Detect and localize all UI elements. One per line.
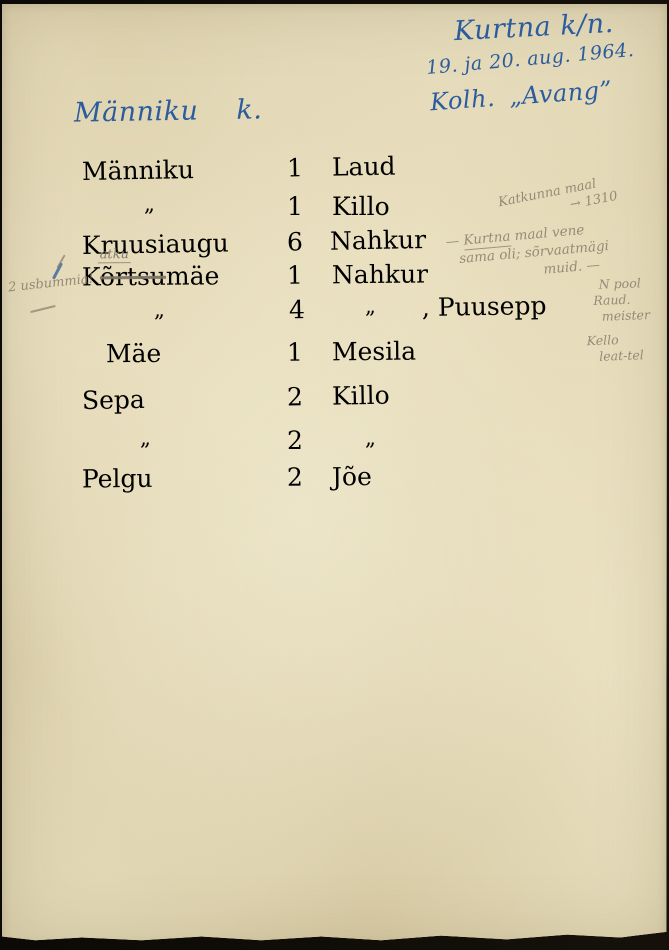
item-name: Killo xyxy=(332,381,390,411)
farm-name: Pelgu xyxy=(82,464,153,494)
ditto-mark: „ xyxy=(144,192,155,216)
pencil-note-side: N pool Raud. meister Kello leat-tel xyxy=(592,275,651,365)
item-count: 1 xyxy=(287,261,303,290)
farm-name: Männiku xyxy=(82,155,194,186)
farm-name-suffix: mäe xyxy=(166,261,220,290)
item-name: Jõe xyxy=(332,462,372,491)
item-count: 1 xyxy=(287,153,303,182)
pencil-dash xyxy=(30,305,56,313)
item-name-extra: , Puusepp xyxy=(422,291,547,322)
table-row: Mäe 1 Mesila xyxy=(82,334,657,377)
item-count: 2 xyxy=(287,463,303,492)
pencil-correction: atku xyxy=(98,247,131,263)
farm-name: Sepa xyxy=(82,385,145,415)
farm-name-corrected: Kõrtsumäe atku xyxy=(82,261,220,291)
item-count: 2 xyxy=(287,382,303,411)
paper-sheet: Kurtna k/n. 19. ja 20. aug. 1964. Kolh. … xyxy=(2,4,667,945)
item-count: 1 xyxy=(287,192,303,221)
farm-name: Mäe xyxy=(106,339,162,368)
ditto-mark: „ xyxy=(365,294,376,318)
item-count: 6 xyxy=(287,227,303,256)
header-kolhoos: Kolh. „Avang” xyxy=(429,76,613,117)
item-name: Mesila xyxy=(332,337,416,367)
table-row: Sepa 2 Killo xyxy=(82,376,658,424)
item-count: 4 xyxy=(289,295,305,324)
page-title: Männikuk. xyxy=(74,94,263,128)
table-row: Pelgu 2 Jõe xyxy=(82,459,657,502)
ditto-mark: „ xyxy=(365,426,376,450)
pencil-note-side-line: leat-tel xyxy=(599,347,652,365)
pencil-note-side-line: meister xyxy=(602,307,651,325)
pencil-note-side-line: N pool xyxy=(598,275,649,293)
pencil-note-side-line: Raud. xyxy=(593,291,650,309)
item-name: Nahkur xyxy=(330,225,427,256)
ditto-mark: „ xyxy=(154,298,165,322)
page-title-name: Männiku xyxy=(74,95,199,128)
table-row: „ 2 „ xyxy=(82,426,657,464)
ditto-mark: „ xyxy=(140,426,151,450)
item-name: Laud xyxy=(332,152,396,182)
item-count: 2 xyxy=(287,426,303,455)
header-place: Kurtna k/n. xyxy=(453,8,614,47)
item-count: 1 xyxy=(287,338,303,367)
item-name: Nahkur xyxy=(332,259,428,289)
pencil-dash-glyph: — xyxy=(445,233,460,250)
item-name: Killo xyxy=(332,192,390,221)
farm-name-struck: õrtsu xyxy=(100,262,166,292)
page-title-suffix: k. xyxy=(236,94,262,125)
scanned-page-background: Kurtna k/n. 19. ja 20. aug. 1964. Kolh. … xyxy=(0,0,669,950)
